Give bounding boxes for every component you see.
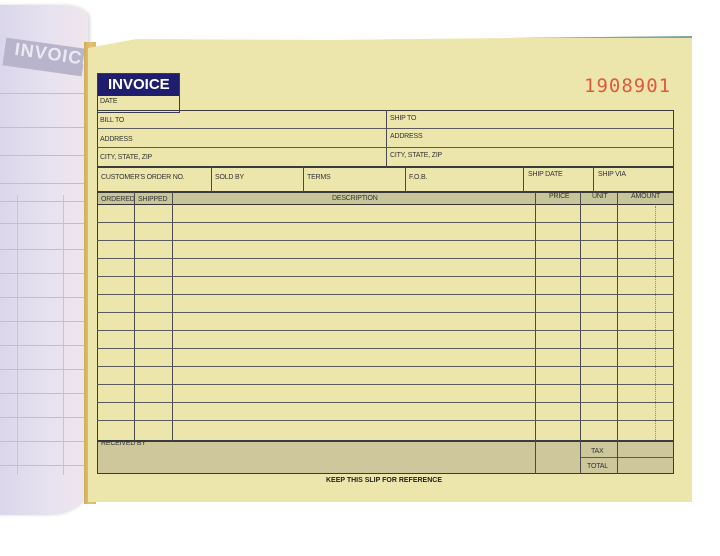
tax-label: TAX [591,448,604,455]
ship-to-label: SHIP TO [390,115,416,122]
table-row[interactable] [97,366,674,367]
table-row[interactable] [97,420,674,421]
amount-cents-divider [655,206,656,472]
order-divider [303,167,304,192]
ghost-rule [0,93,88,94]
table-row[interactable] [97,258,674,259]
bill-address-label: ADDRESS [100,136,132,143]
tax-divider [617,441,618,474]
table-row[interactable] [97,222,674,223]
ship-via-label: SHIP VIA [598,171,626,178]
order-divider [523,167,524,192]
carbon-copy-page: INVOICE [0,5,88,515]
column-divider [535,192,536,473]
column-ordered: ORDERED [101,196,135,203]
ship-date-label: SHIP DATE [528,171,563,178]
column-divider [580,192,581,473]
ghost-rule [0,417,88,418]
invoice-title: INVOICE [98,74,179,96]
ship-city-label: CITY, STATE, ZIP [390,152,442,159]
ghost-invoice-title: INVOICE [2,38,85,77]
table-row[interactable] [97,330,674,331]
invoice-number: 1908901 [584,75,671,97]
bill-city-label: CITY, STATE, ZIP [100,154,152,161]
column-price: PRICE [549,193,569,200]
address-rule [97,147,674,148]
ship-address-label: ADDRESS [390,133,422,140]
column-shipped: SHIPPED [138,196,167,203]
ghost-rule [0,273,88,274]
line-items-table [97,192,674,441]
ghost-rule [0,297,88,298]
ghost-rule [0,155,88,156]
ghost-rule [0,465,88,466]
order-divider [405,167,406,192]
ghost-rule [0,201,88,202]
column-divider [617,192,618,473]
tax-total-rule [580,457,674,458]
sold-by-label: SOLD BY [215,174,244,181]
ghost-column [63,195,64,475]
table-header-rule [97,204,674,205]
column-divider [134,192,135,441]
invoice-title-box: INVOICE [97,73,180,113]
received-by-label: RECEIVED BY [101,440,146,447]
total-label: TOTAL [587,463,608,470]
ghost-rule [0,345,88,346]
table-row[interactable] [97,348,674,349]
ghost-rule [0,369,88,370]
ghost-column [17,195,18,475]
column-description: DESCRIPTION [332,195,378,202]
column-amount: AMOUNT [631,193,660,200]
table-row[interactable] [97,240,674,241]
date-label: DATE [100,98,117,105]
table-row[interactable] [97,312,674,313]
order-divider [211,167,212,192]
ghost-rule [0,249,88,250]
table-row[interactable] [97,294,674,295]
table-row[interactable] [97,384,674,385]
ghost-rule [0,183,88,184]
address-rule [97,128,674,129]
table-row[interactable] [97,402,674,403]
address-divider [386,110,387,167]
terms-label: TERMS [307,174,331,181]
ghost-rule [0,393,88,394]
column-unit: UNIT [592,193,608,200]
ghost-rule [0,441,88,442]
ghost-rule [0,321,88,322]
fob-label: F.O.B. [409,174,427,181]
tax-divider [580,441,581,474]
table-row[interactable] [97,276,674,277]
received-divider [535,441,536,474]
customer-order-no-label: CUSTOMER'S ORDER NO. [101,174,185,181]
ghost-rule [0,223,88,224]
ghost-rule [0,127,88,128]
bill-to-label: BILL TO [100,117,124,124]
column-divider [172,192,173,441]
order-divider [593,167,594,192]
footer-note: KEEP THIS SLIP FOR REFERENCE [0,477,720,484]
